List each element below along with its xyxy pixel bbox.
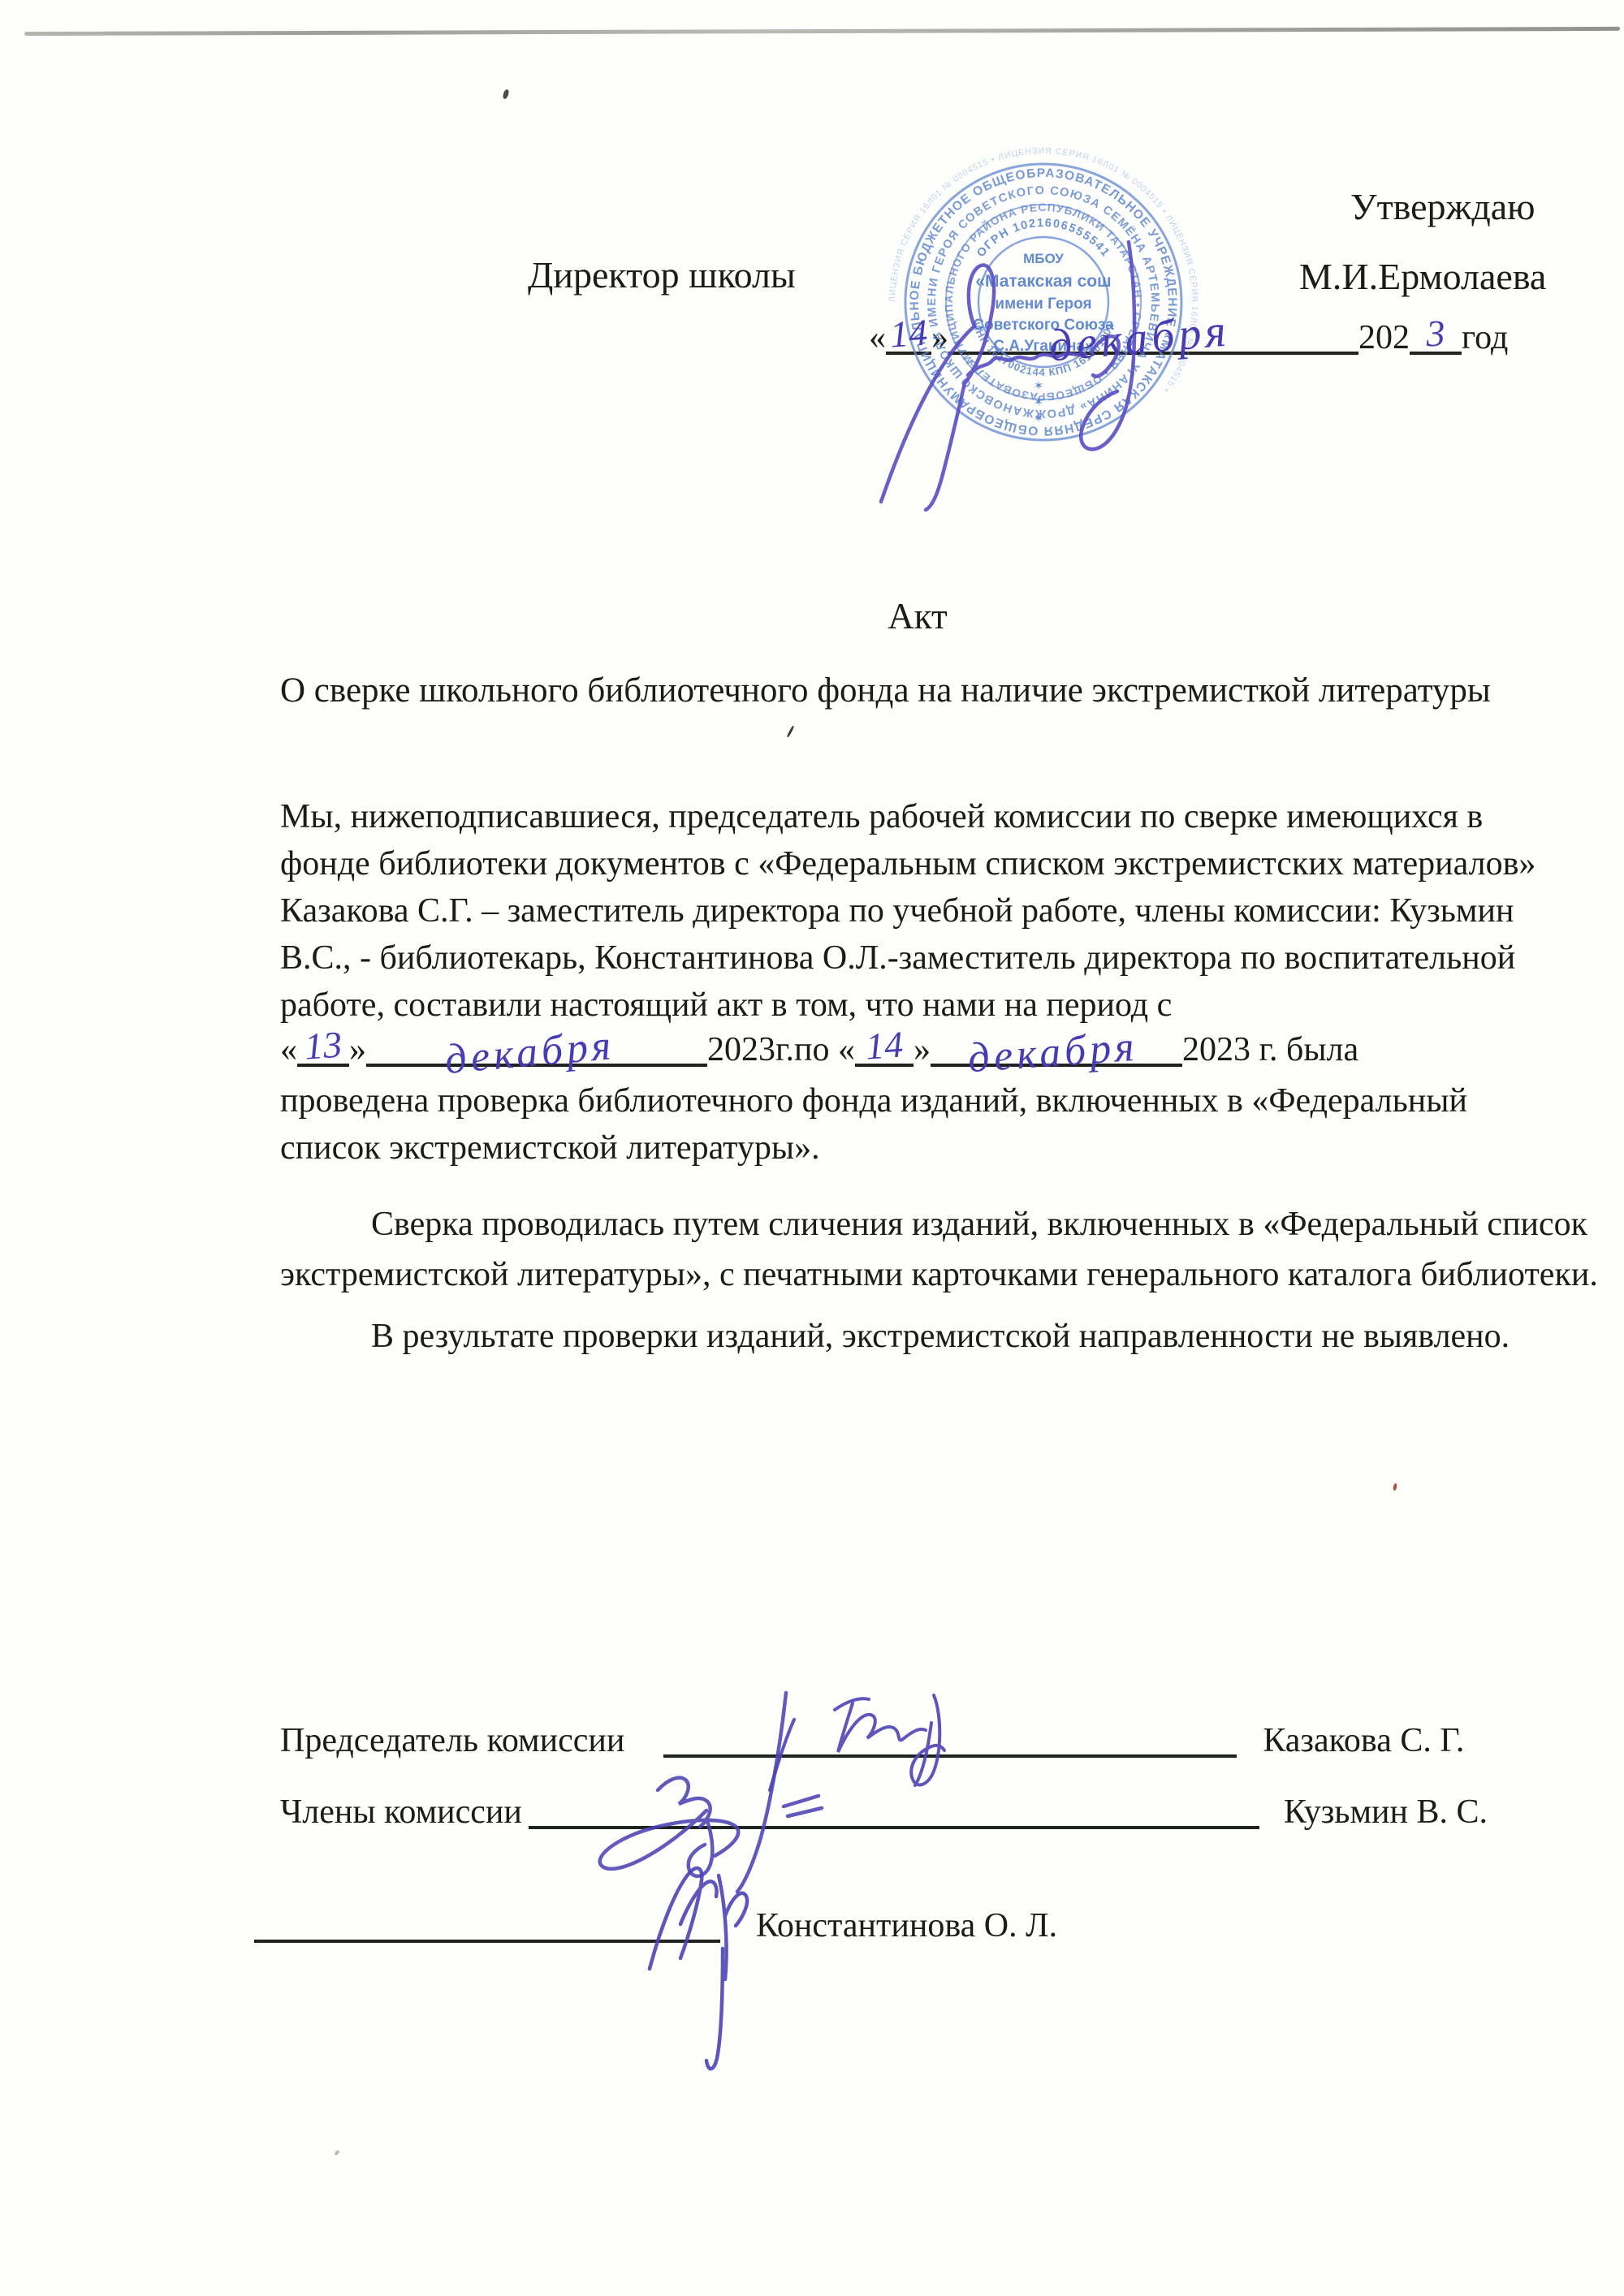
director-label: Директор школы bbox=[528, 253, 796, 296]
month-blank: декабря bbox=[948, 322, 1358, 355]
open-quote: « bbox=[280, 1031, 297, 1068]
signature-block: Председатель комиссииКазакова С. Г. Член… bbox=[280, 1721, 1579, 1953]
signature-row-member-1: Члены комиссииКузьмин В. С. bbox=[280, 1793, 1579, 1840]
scan-artifact-line bbox=[24, 27, 1620, 36]
stamp-center-line: имени Героя bbox=[995, 296, 1091, 313]
close-quote: » bbox=[914, 1031, 931, 1068]
day-to-blank: 14 bbox=[855, 1034, 914, 1067]
handwritten-month-from: декабря bbox=[443, 1021, 617, 1084]
signature-line bbox=[529, 1816, 1259, 1829]
stamp-center-line: МБОУ bbox=[1023, 251, 1064, 266]
school-stamp: ЛИЦЕНЗИЯ СЕРИЯ 16Л01 № 0004515 • ЛИЦЕНЗИ… bbox=[881, 140, 1206, 464]
paragraph-result: В результате проверки изданий, экстремис… bbox=[280, 1311, 1555, 1362]
handwritten-day: 14 bbox=[888, 310, 929, 356]
day-blank: 14 bbox=[886, 322, 931, 355]
stamp-outer-circle bbox=[905, 164, 1181, 440]
paragraph-intro: Мы, нижеподписавшиеся, председатель рабо… bbox=[280, 793, 1555, 1029]
fill-in-dateline: «13»декабря2023г.по «14»декабря2023 г. б… bbox=[280, 1030, 1555, 1077]
handwritten-month: декабря bbox=[1047, 304, 1232, 372]
handwritten-day-to: 14 bbox=[864, 1022, 905, 1068]
document-body: Акт О сверке школьного библиотечного фон… bbox=[280, 595, 1555, 1362]
signature-line bbox=[254, 1930, 720, 1943]
signature-label: Председатель комиссии bbox=[280, 1722, 624, 1759]
dateline-mid-text: 2023г.по bbox=[707, 1031, 829, 1068]
close-quote: » bbox=[349, 1031, 366, 1068]
year-word: год bbox=[1462, 319, 1508, 356]
signature-name: Кузьмин В. С. bbox=[1284, 1793, 1488, 1831]
star-icon: ✶ bbox=[1034, 412, 1044, 425]
year-blank: 3 bbox=[1410, 322, 1462, 355]
handwritten-year-digit: 3 bbox=[1426, 312, 1446, 356]
page-title: Акт bbox=[280, 595, 1555, 637]
month-to-blank: декабря bbox=[931, 1034, 1182, 1067]
paragraph-method: Сверка проводилась путем сличения издани… bbox=[280, 1199, 1612, 1300]
star-icon: ✶ bbox=[1034, 379, 1044, 393]
open-quote: « bbox=[838, 1031, 855, 1068]
stamp-ogrn-text: ОГРН 1021606555541 bbox=[974, 217, 1112, 260]
director-signature bbox=[881, 242, 1134, 510]
month-from-blank: декабря bbox=[366, 1034, 707, 1067]
handwritten-month-to: декабря bbox=[966, 1023, 1139, 1082]
scan-speck bbox=[502, 88, 509, 99]
approval-date-row: «14»декабря2023год bbox=[869, 318, 1508, 357]
stamp-ring-inner-text: МУНИЦИПАЛЬНОГО РАЙОНА РЕСПУБЛИКИ ТАТАРСТ… bbox=[881, 140, 1186, 464]
signature-label: Члены комиссии bbox=[280, 1793, 522, 1831]
scan-speck bbox=[334, 2150, 340, 2156]
approve-label: Утверждаю bbox=[1350, 185, 1535, 228]
year-typed: 202 bbox=[1358, 319, 1410, 356]
handwritten-day-from: 13 bbox=[303, 1022, 343, 1068]
paragraph-intro-rest: проведена проверка библиотечного фонда и… bbox=[280, 1077, 1555, 1172]
signature-name: Константинова О. Л. bbox=[756, 1907, 1057, 1944]
signature-line bbox=[663, 1745, 1237, 1758]
document-subtitle: О сверке школьного библиотечного фонда н… bbox=[280, 665, 1555, 717]
close-quote: » bbox=[931, 319, 948, 356]
signature-name: Казакова С. Г. bbox=[1263, 1722, 1464, 1759]
signature-row-member-2: Константинова О. Л. bbox=[280, 1906, 1579, 1953]
star-icon: ✶ bbox=[1034, 395, 1044, 409]
scan-speck bbox=[1393, 1483, 1397, 1491]
stamp-center-line: «Матакская сош bbox=[975, 272, 1111, 291]
stamp-ring-outer-text: МУНИЦИПАЛЬНОЕ БЮДЖЕТНОЕ ОБЩЕОБРАЗОВАТЕЛЬ… bbox=[881, 140, 1206, 464]
signature-row-chair: Председатель комиссииКазакова С. Г. bbox=[280, 1721, 1579, 1768]
stamp-ring-middle-text: ШКОЛА ИМЕНИ ГЕРОЯ СОВЕТСКОГО СОЮЗА СЕМЁН… bbox=[881, 140, 1206, 464]
open-quote: « bbox=[869, 319, 886, 356]
approver-name: М.И.Ермолаева bbox=[1299, 255, 1546, 298]
dateline-tail-text: 2023 г. была bbox=[1182, 1031, 1358, 1068]
stamp-middle-circle bbox=[946, 205, 1141, 399]
document-scan: Директор школы Утверждаю М.И.Ермолаева «… bbox=[0, 0, 1624, 2296]
day-from-blank: 13 bbox=[297, 1034, 349, 1067]
stamp-stars: ✶ ✶ ✶ bbox=[1034, 379, 1044, 425]
